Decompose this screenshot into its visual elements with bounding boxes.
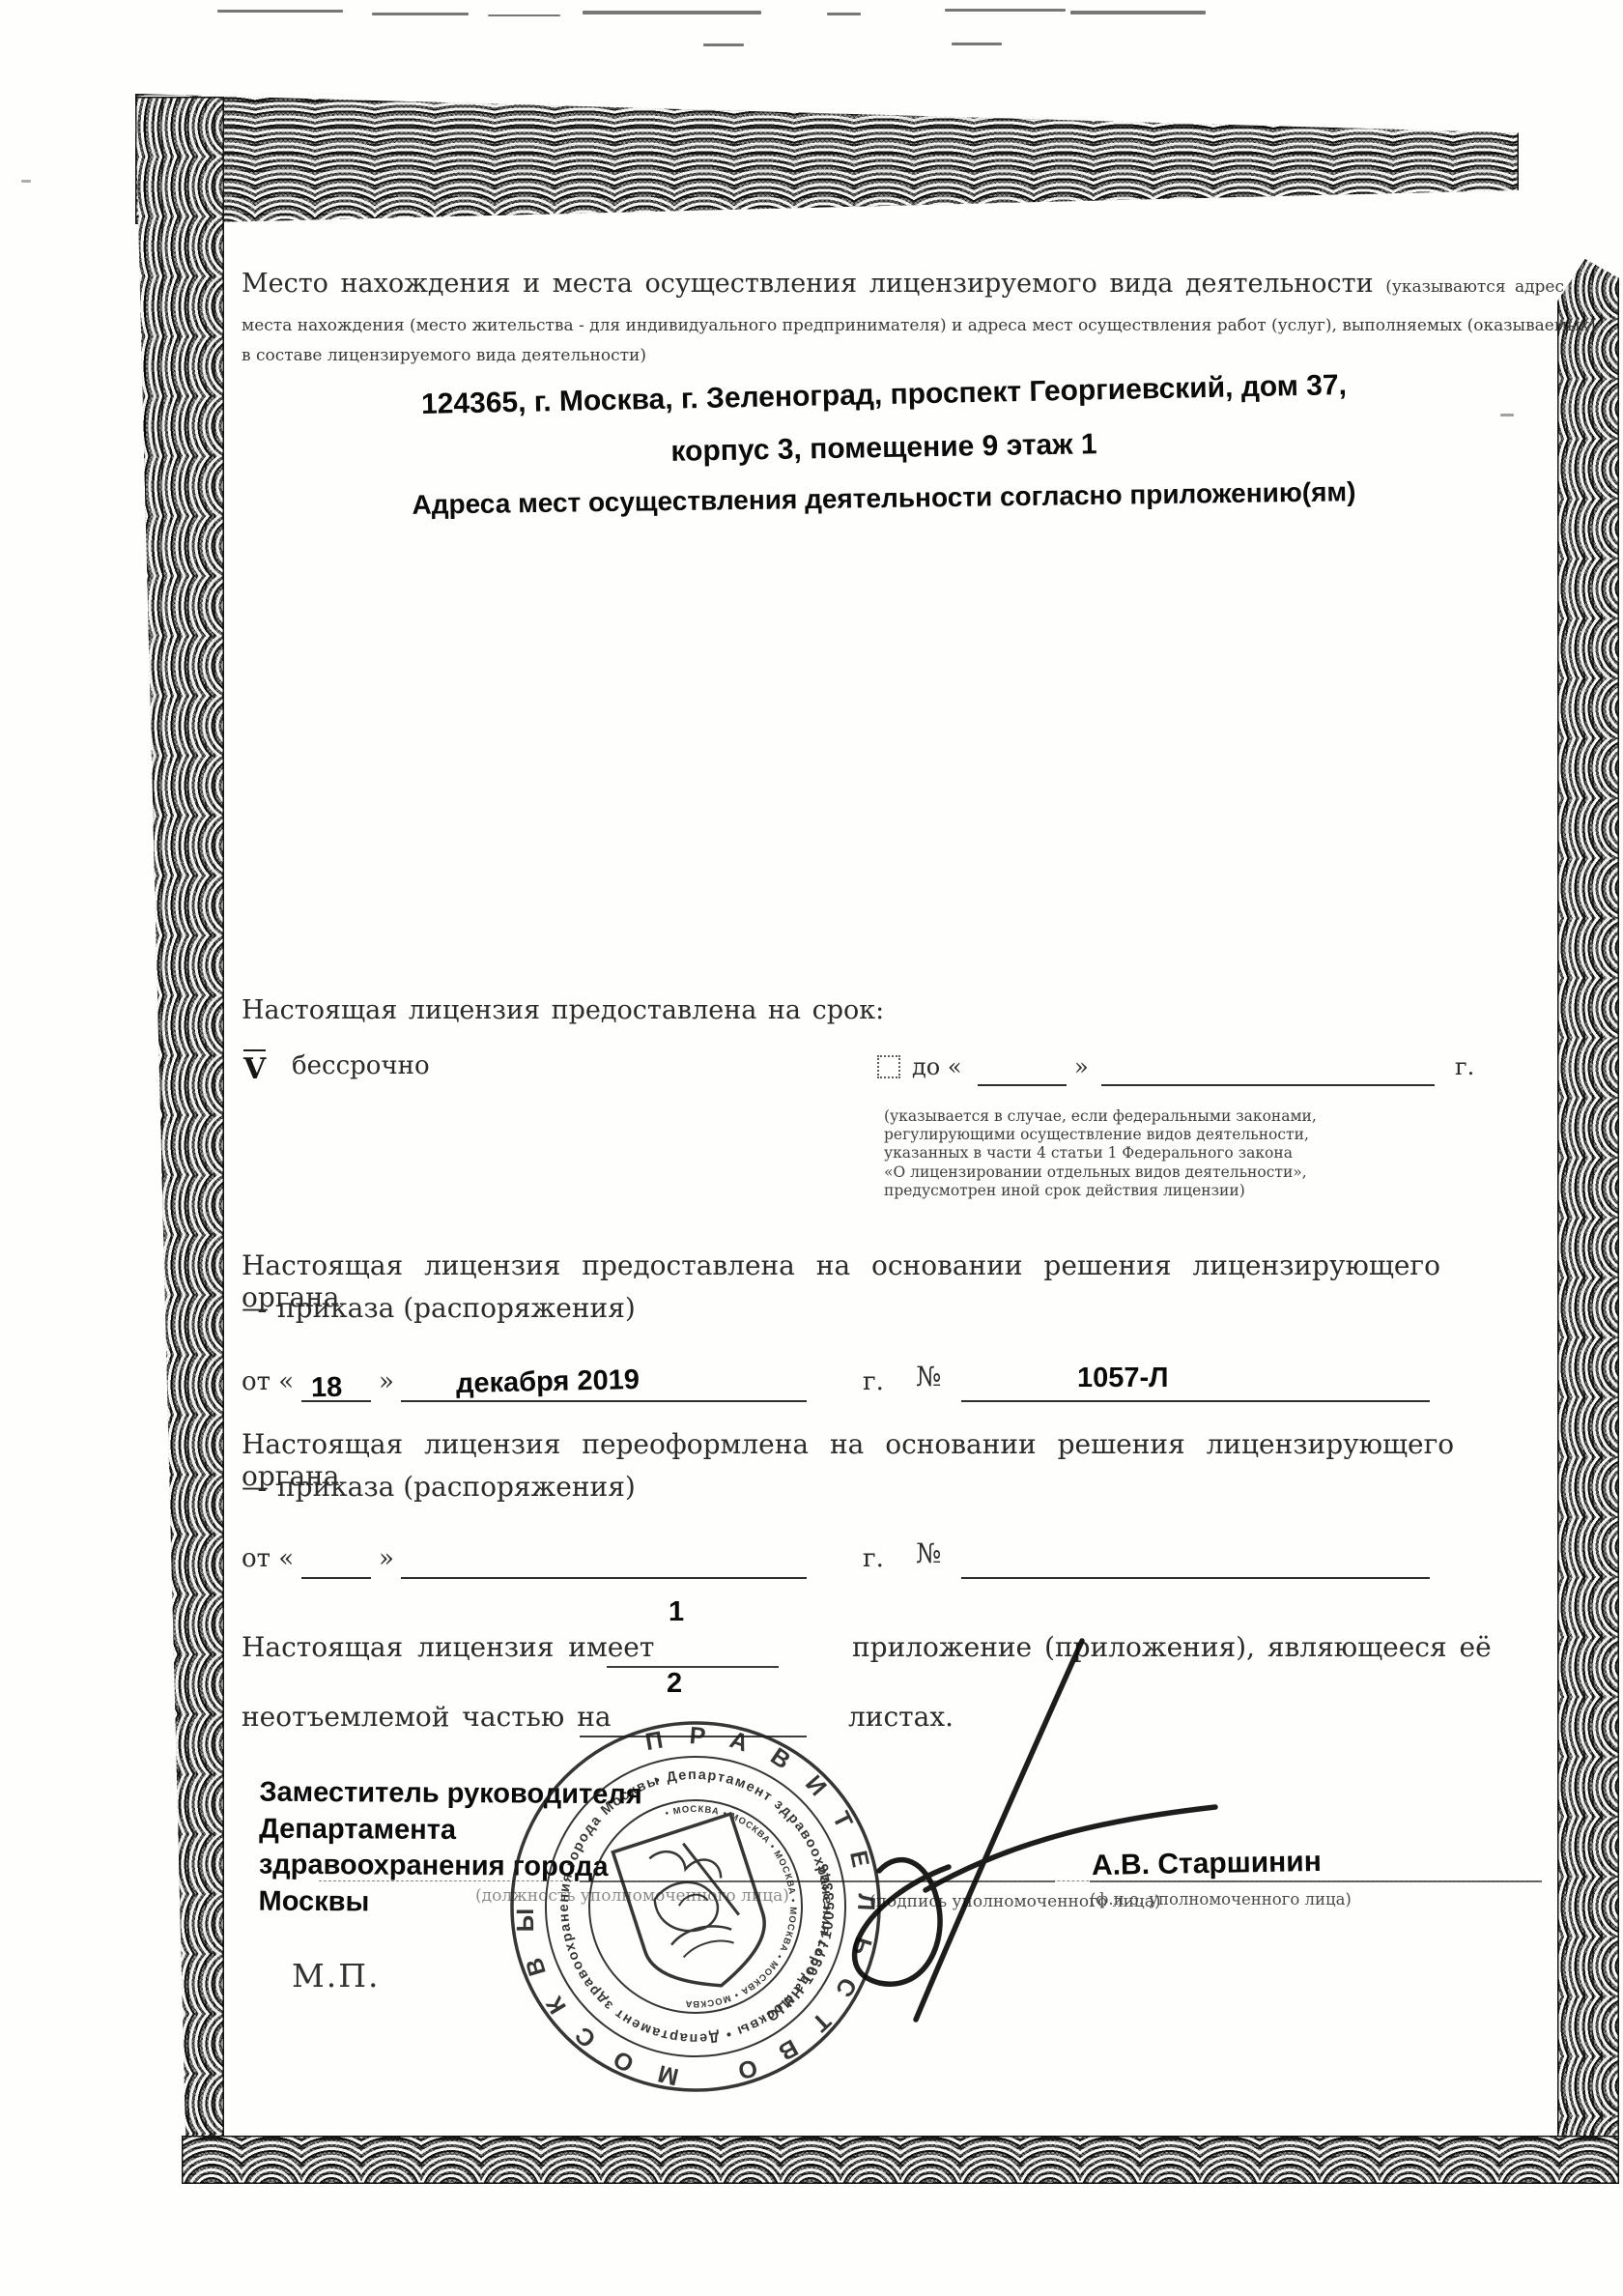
granted-text-line2: — приказа (распоряжения) [242,1292,636,1324]
reissued-day-line [301,1577,371,1579]
attachments-part3: неотъемлемой частью на [242,1701,612,1733]
reissued-close-quote: » [379,1544,394,1573]
scan-artifact-dash [217,10,343,13]
footnote-line: предусмотрен иной срок действия лицензии… [884,1182,1317,1200]
scan-artifact-dash [1500,414,1514,416]
footnote-line: «О лицензировании отдельных видов деятел… [884,1163,1317,1182]
reissued-number-line [961,1577,1430,1579]
perpetual-label: бессрочно [292,1051,430,1080]
granted-from-label: от « [242,1367,294,1396]
granted-year-label: г. [863,1367,884,1396]
reissued-year-label: г. [863,1544,884,1573]
scan-artifact-dash [1070,11,1206,14]
reissued-from-label: от « [242,1544,294,1573]
footnote-line: регулирующими осуществление видов деятел… [884,1126,1317,1144]
reissued-text-line2: — приказа (распоряжения) [242,1471,636,1503]
granted-number-line [961,1400,1430,1402]
granted-month-line [401,1400,807,1402]
scan-artifact-dash [583,11,761,14]
handwritten-signature [792,1633,1246,2039]
until-checkbox [877,1055,900,1078]
frame-border-left [135,97,224,2184]
attachments-sheets-value: 2 [667,1668,682,1700]
location-title-note-inline: (указываются адрес [1385,277,1564,297]
location-note-line3: в составе лицензируемого вида деятельнос… [242,346,646,365]
attachments-count-line [607,1666,779,1668]
scan-artifact-dash [372,13,469,15]
reissued-number-label: № [916,1537,942,1569]
frame-border-top [135,94,1519,224]
address-appendix-note: Адреса мест осуществления деятельности с… [242,474,1526,524]
until-year-label: г. [1455,1053,1474,1080]
scan-artifact-dash [703,43,744,46]
checkbox-v-mark: V [243,1049,266,1086]
scan-artifact-dash [488,14,560,16]
frame-border-right [1557,259,1619,2184]
granted-day-value: 18 [311,1372,343,1405]
until-open-label: до « [912,1053,962,1080]
frame-border-bottom [182,2136,1619,2184]
section-title-location: Место нахождения и места осуществления л… [242,269,1488,299]
address-line1: 124365, г. Москва, г. Зеленоград, проспе… [242,365,1526,425]
scan-artifact-dash [945,9,1066,12]
location-note-line2: места нахождения (место жительства - для… [242,316,1449,335]
scan-artifact-dash [952,43,1002,45]
granted-number-label: № [916,1361,942,1392]
address-line2: корпус 3, помещение 9 этаж 1 [242,420,1526,475]
scan-artifact-dash [827,13,861,15]
scanned-license-page: Место нахождения и места осуществления л… [0,0,1623,2296]
reissued-month-line [401,1577,807,1579]
footnote-line: указанных в части 4 статьи 1 Федеральног… [884,1144,1317,1162]
granted-number-value: 1057-Л [1077,1363,1169,1394]
attachments-part1: Настоящая лицензия имеет [242,1631,654,1663]
term-label: Настоящая лицензия предоставлена на срок… [242,995,884,1025]
perpetual-checkbox: V [243,1049,266,1086]
granted-month-year-value: декабря 2019 [456,1364,641,1400]
location-title-text: Место нахождения и места осуществления л… [242,269,1374,299]
seal-place-label: М.П. [292,1957,381,1995]
term-footnote: (указывается в случае, если федеральными… [884,1107,1317,1200]
stamp-coat-of-arms [612,1814,780,2004]
granted-close-quote: » [379,1367,394,1396]
scan-artifact-dash [21,180,31,183]
until-year-blank [1101,1084,1435,1086]
until-day-blank [978,1084,1067,1086]
attachments-count-value: 1 [669,1596,684,1628]
footnote-line: (указывается в случае, если федеральными… [884,1107,1317,1126]
until-close-quote: » [1074,1053,1089,1080]
